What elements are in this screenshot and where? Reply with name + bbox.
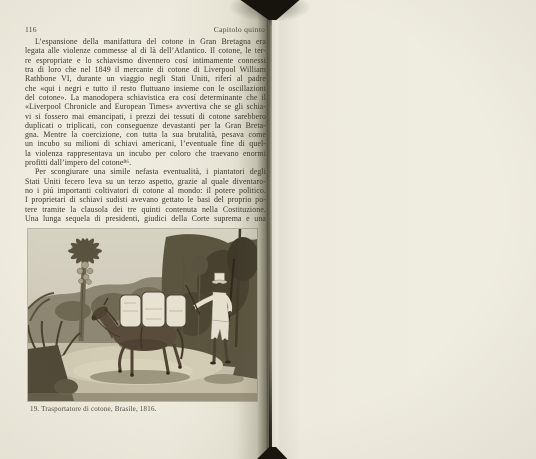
text-line: profitti dall’impero del cotone⁸⁶. (25, 158, 266, 167)
text-line: gna. Mentre la coercizione, con tutta la… (25, 130, 266, 139)
text-line: che «qui i negri e tutto il resto fluttu… (25, 84, 266, 93)
figure-art (28, 229, 257, 401)
text-line: L’espansione della manifattura del coton… (25, 37, 266, 46)
text-line: re espropriate e lo schiavismo divennero… (25, 56, 266, 65)
running-head-left: Capitolo quinto (25, 25, 265, 34)
text-line: Rathbone VI, durante un viaggio negli St… (25, 74, 266, 83)
text-line: vi si fossero mai emancipati, i prezzi d… (25, 112, 266, 121)
text-line: Stati Uniti fecero leva su un terzo aspe… (25, 177, 266, 186)
left-page-text: L’espansione della manifattura del coton… (25, 37, 266, 223)
text-line: un incubo su milioni di schiavi american… (25, 139, 266, 148)
figure-illustration (28, 229, 257, 401)
text-line: «Liverpool Chronicle and European Times»… (25, 102, 266, 111)
text-line: I proprietari di schiavi sudisti avevano… (25, 195, 266, 204)
text-line: del cotone». La manodopera schiavistica … (25, 93, 266, 102)
figure-caption: 19. Trasportatore di cotone, Brasile, 18… (30, 405, 157, 413)
text-line: duplicati o triplicati, con conseguenze … (25, 121, 266, 130)
text-line: Una lunga sequela di presidenti, giudici… (25, 214, 266, 223)
text-line: tere tramite la clausola dei tre quinti … (25, 205, 266, 214)
text-line: tra di loro che nel 1849 il mercante di … (25, 65, 266, 74)
text-line: legata alle violenze commesse al di là d… (25, 46, 266, 55)
text-line: la violenza rappresentava un incubo per … (25, 149, 266, 158)
text-line: Per scongiurare una simile nefasta event… (25, 167, 266, 176)
text-line: no i piú importanti coltivatori di coton… (25, 186, 266, 195)
right-page: Lo schiavismo prende il comando 117 fort… (268, 0, 536, 459)
left-page: 116 Capitolo quinto L’espansione della m… (0, 0, 268, 459)
book-spread: 116 Capitolo quinto L’espansione della m… (0, 0, 536, 459)
